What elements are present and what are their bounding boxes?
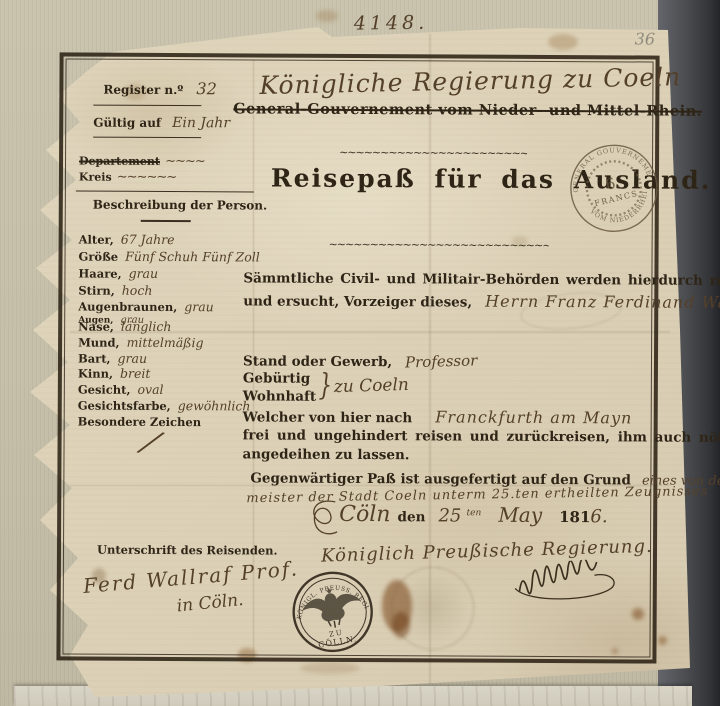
field-label: Besondere Zeichen (78, 415, 201, 430)
cancel-squiggle: ∼∼∼∼∼∼ (117, 170, 176, 185)
validity-value: Ein Jahr (172, 115, 230, 131)
date-row: Cöln den 25 ten May 1816. (339, 502, 608, 528)
field-value: 67 Jahre (121, 232, 175, 247)
year-hand: 6. (590, 506, 607, 527)
kreis-row: Kreis ∼∼∼∼∼∼ (79, 166, 176, 186)
description-heading: Beschreibung der Person. (93, 198, 267, 213)
occupation-value: Professor (405, 351, 478, 371)
date-flourish-icon (305, 496, 341, 540)
traveler-signature-label: Unterschrift des Reisenden. (97, 543, 278, 558)
desc-row-besondere-zeichen: Besondere Zeichen (78, 411, 209, 431)
government-seal: KÖNIGL. PREUSS. REGIERUNG ZU CÖLLN. (284, 563, 381, 660)
destination-row: Welcher von hier nach Franckfurth am May… (243, 406, 633, 427)
field-value: grau (184, 299, 214, 314)
register-value: 32 (196, 79, 216, 98)
folio-number: 4148. (354, 12, 429, 35)
register-label: Register n.º (103, 83, 183, 97)
scanned-passport-page: 4148. 36 Königliche Regierung zu Coeln G… (0, 0, 720, 706)
destination-label: Welcher von hier nach (243, 409, 413, 426)
ornament-rule-top (339, 149, 527, 159)
request-line-2-printed: und ersucht, Vorzeiger dieses, (243, 293, 472, 310)
struck-printed-title: General-Gouvernement vom Nieder- und Mit… (233, 100, 702, 119)
issue-day-suffix: ten (467, 508, 482, 518)
field-value: grau (129, 266, 159, 281)
validity-label: Gültig auf (93, 116, 161, 130)
occupation-label: Stand oder Gewerb, (243, 353, 392, 370)
validity-row: Gültig auf Ein Jahr (93, 112, 230, 132)
ornament-rule-bottom (329, 241, 549, 251)
register-row: Register n.º 32 (103, 79, 216, 99)
brace-glyph: } (319, 368, 333, 403)
year-printed: 181 (559, 508, 590, 526)
official-signature-scrawl (506, 557, 626, 607)
heading-rule (141, 220, 191, 222)
residence-value: zu Coeln (334, 375, 410, 397)
issue-day: 25 (438, 505, 461, 526)
occupation-row: Stand oder Gewerb, Professor (243, 350, 478, 370)
issue-place: Cöln (339, 502, 390, 527)
birthplace-label: Gebürtig (243, 370, 310, 386)
residence-label: Wohnhaft (243, 388, 316, 404)
kreis-label: Kreis (79, 171, 112, 184)
clause-line-2: angedeihen zu lassen. (242, 446, 409, 463)
den-label: den (398, 509, 426, 525)
issue-month: May (498, 503, 542, 527)
seal-center-line-2: CÖLLN. (318, 634, 358, 650)
destination-value: Franckfurth am Mayn (435, 407, 632, 427)
pencil-archive-number: 36 (635, 29, 655, 48)
fee-stamp-value: 6. (604, 173, 622, 194)
request-line-2: und ersucht, Vorzeiger dieses, Herrn Fra… (243, 290, 720, 312)
